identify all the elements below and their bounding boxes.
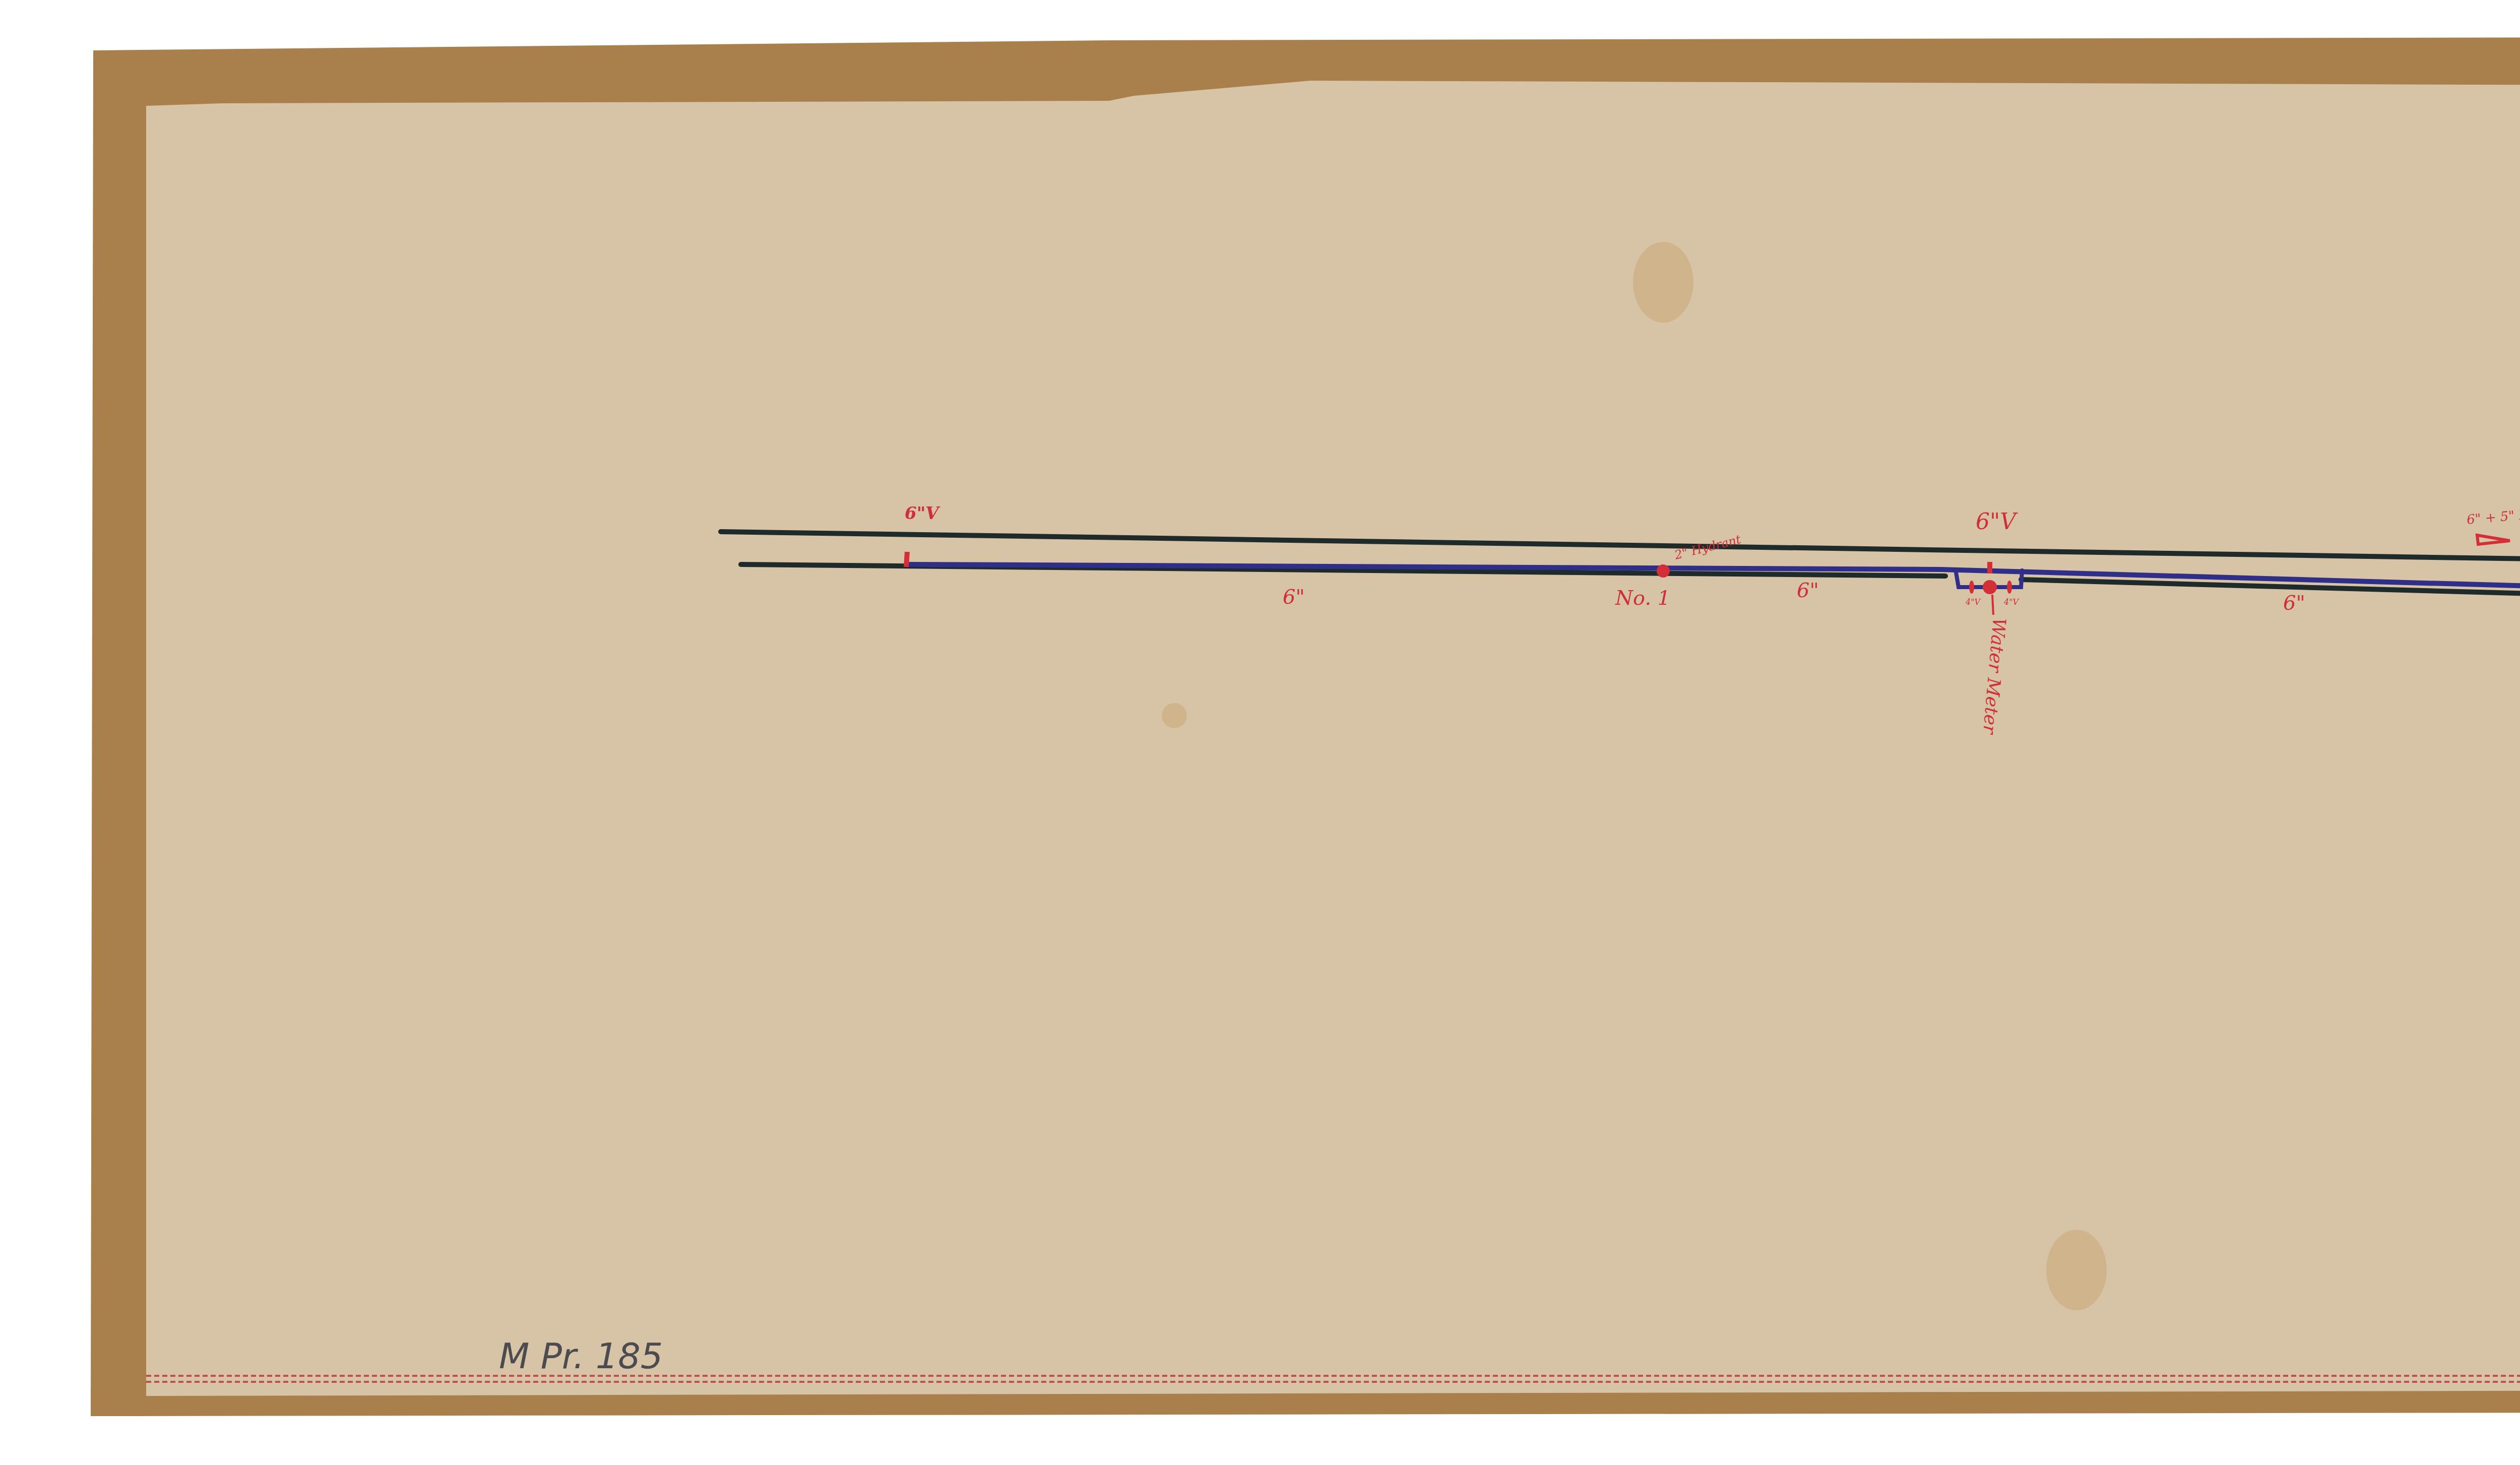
meter-leader	[1992, 595, 1993, 615]
water-meter-icon[interactable]	[1983, 580, 1997, 594]
stain	[1162, 703, 1187, 728]
cloth-sheet	[146, 81, 2520, 1396]
valve-label-left: 6"V	[905, 503, 940, 524]
stain	[1633, 242, 1693, 323]
pipe-size-label: 6"	[2283, 592, 2305, 615]
hydrant-number-1: No. 1	[1615, 587, 1670, 610]
valve-icon-left[interactable]	[906, 552, 907, 567]
meter-valve-label-right: 4"V	[2003, 597, 2020, 607]
pipe-size-label: 6"	[1283, 586, 1305, 609]
valve-label-center: 6"V	[1976, 509, 2018, 535]
meter-valve-label-left: 4"V	[1965, 597, 1981, 607]
valve-icon-meter-right[interactable]	[2007, 581, 2012, 594]
hydrant-icon-1[interactable]	[1657, 564, 1670, 578]
map-sheet: 6"V 6"V 6" 6" 6" 5" 5" 2" Hydrant No. 1 …	[0, 0, 2520, 1465]
valve-icon-meter-left[interactable]	[1969, 581, 1974, 594]
pencil-note: M Pr. 185	[499, 1335, 663, 1377]
stain	[2046, 1230, 2107, 1310]
pipe-size-label: 6"	[1797, 579, 1819, 602]
